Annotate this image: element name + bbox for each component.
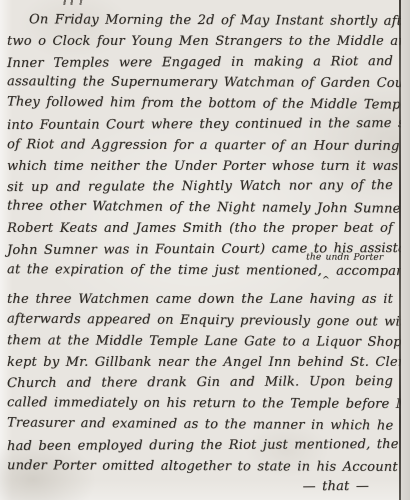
manuscript-line: three other Watchmen of the Night namely… xyxy=(7,197,393,221)
page-edge-rule xyxy=(399,0,401,500)
manuscript-line: afterwards appeared on Enquiry previousl… xyxy=(7,310,393,334)
manuscript-line-with-insertion: at the expiration of the time just menti… xyxy=(7,260,393,291)
manuscript-line: the three Watchmen came down the Lane ha… xyxy=(7,290,393,311)
manuscript-line: On Friday Morning the 2d of May Instant … xyxy=(7,10,393,32)
manuscript-line: assaulting the Supernumerary Watchman of… xyxy=(7,73,393,95)
manuscript-line: called immediately on his return to the … xyxy=(7,393,393,415)
manuscript-line: had been employed during the Riot just m… xyxy=(7,435,393,458)
manuscript-line: them at the Middle Temple Lane Gate to a… xyxy=(7,331,393,353)
manuscript-line: into Fountain Court where they continued… xyxy=(7,114,393,137)
clipped-previous-line-fragment xyxy=(62,0,88,5)
manuscript-line: Robert Keats and James Smith (tho the pr… xyxy=(7,219,393,240)
catchword: — that — xyxy=(7,477,393,500)
manuscript-line: which time neither the Under Porter whos… xyxy=(7,157,393,178)
page-edge-strip xyxy=(401,0,410,500)
manuscript-text-block: On Friday Morning the 2d of May Instant … xyxy=(7,11,393,499)
manuscript-line: sit up and regulate the Nightly Watch no… xyxy=(7,176,393,199)
interlinear-insertion-text: the undn Porter xyxy=(306,253,383,262)
manuscript-line: They followed him from the bottom of the… xyxy=(7,93,393,117)
manuscript-line: kept by Mr. Gillbank near the Angel Inn … xyxy=(7,353,393,374)
manuscript-line: under Porter omitted altogether to state… xyxy=(7,456,393,478)
insertion-line-before: at the expiration of the time just menti… xyxy=(7,262,322,278)
manuscript-line: two o Clock four Young Men Strangers to … xyxy=(7,32,393,53)
manuscript-line: of Riot and Aggression for a quarter of … xyxy=(7,135,393,157)
manuscript-line: Inner Temples were Engaged in making a R… xyxy=(7,52,393,75)
insertion-caret-mark: ^ xyxy=(322,270,330,291)
manuscript-line: Treasurer and examined as to the manner … xyxy=(7,414,393,438)
manuscript-line: Church and there drank Gin and Milk. Upo… xyxy=(7,372,393,395)
manuscript-page: On Friday Morning the 2d of May Instant … xyxy=(0,0,410,500)
